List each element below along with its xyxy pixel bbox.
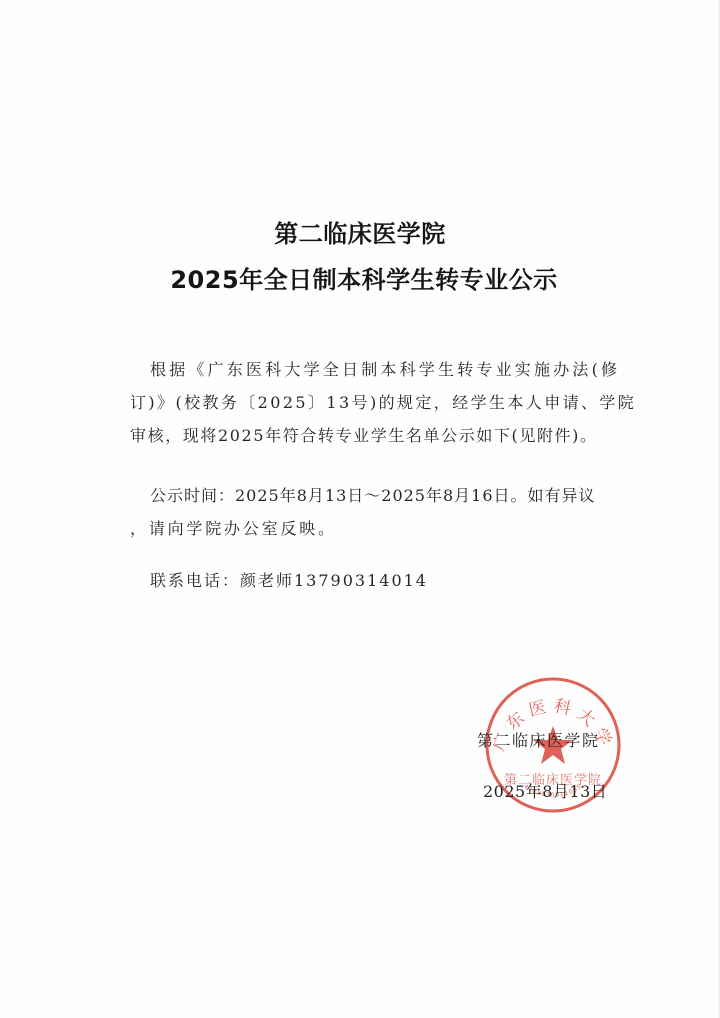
signature-date: 2025年8月13日 — [483, 779, 607, 802]
paragraph1-line2: 订)》(校教务〔2025〕13号)的规定，经学生本人申请、学院 — [130, 390, 636, 413]
document-page: 第二临床医学院 2025年全日制本科学生转专业公示 根据《广东医科大学全日制本科… — [0, 0, 720, 1018]
document-title-line2: 2025年全日制本科学生转专业公示 — [4, 260, 720, 295]
contact-phone-line: 联系电话：颜老师13790314014 — [150, 568, 428, 591]
paragraph1-line3: 审核，现将2025年符合转专业学生名单公示如下(见附件)。 — [130, 423, 598, 446]
paragraph2-line2: ，请向学院办公室反映。 — [130, 516, 337, 539]
document-title-line1: 第二临床医学院 — [0, 214, 720, 249]
paragraph2-line1: 公示时间：2025年8月13日～2025年8月16日。如有异议 — [150, 483, 596, 506]
signature-organization: 第二临床医学院 — [477, 728, 600, 751]
paragraph1-line1: 根据《广东医科大学全日制本科学生转专业实施办法(修 — [150, 357, 620, 380]
